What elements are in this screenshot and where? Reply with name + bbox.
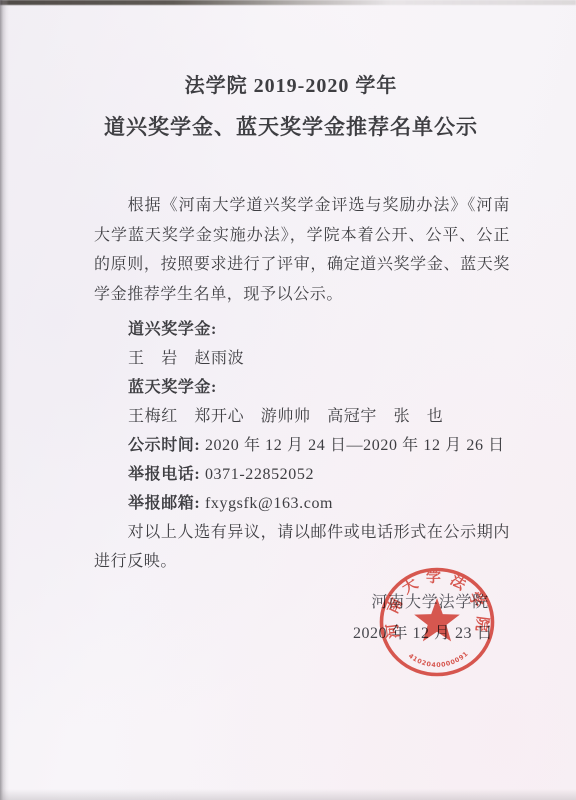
report-phone-line: 举报电话: 0371-22852052 <box>94 460 510 489</box>
seal-star-icon <box>414 598 460 641</box>
report-phone-label: 举报电话: <box>128 466 200 483</box>
official-seal-stamp: 河南大学法学院 4102040000091 <box>374 564 500 680</box>
report-email-label: 举报邮箱: <box>128 495 200 512</box>
publicity-period-value: 2020 年 12 月 24 日—2020 年 12 月 26 日 <box>200 437 504 454</box>
photo-edge-left <box>0 0 9 800</box>
svg-text:4102040000091: 4102040000091 <box>407 650 470 669</box>
intro-paragraph: 根据《河南大学道兴奖学金评选与奖励办法》《河南大学蓝天奖学金实施办法》，学院本着… <box>94 191 510 309</box>
lantian-award-names: 王梅红 郑开心 游帅帅 高冠宇 张 也 <box>94 402 510 431</box>
report-phone-value: 0371-22852052 <box>200 466 314 483</box>
report-email-value: fxygsfk@163.com <box>200 495 333 512</box>
document-photo: 法学院 2019-2020 学年 道兴奖学金、蓝天奖学金推荐名单公示 根据《河南… <box>0 0 576 800</box>
seal-serial-number: 4102040000091 <box>407 650 470 669</box>
photo-edge-bottom <box>0 789 576 800</box>
publicity-period-label: 公示时间: <box>128 437 200 454</box>
document-body: 法学院 2019-2020 学年 道兴奖学金、蓝天奖学金推荐名单公示 根据《河南… <box>94 0 510 576</box>
lantian-award-label-line: 蓝天奖学金: <box>94 373 510 402</box>
daoxing-award-label: 道兴奖学金: <box>128 321 217 338</box>
title-line-1: 法学院 2019-2020 学年 <box>94 74 510 99</box>
title-line-2: 道兴奖学金、蓝天奖学金推荐名单公示 <box>94 114 510 141</box>
publicity-period-line: 公示时间: 2020 年 12 月 24 日—2020 年 12 月 26 日 <box>94 431 510 460</box>
daoxing-award-label-line: 道兴奖学金: <box>94 315 510 344</box>
lantian-award-label: 蓝天奖学金: <box>128 379 217 396</box>
report-email-line: 举报邮箱: fxygsfk@163.com <box>94 489 510 518</box>
daoxing-award-names: 王 岩 赵雨波 <box>94 344 510 373</box>
